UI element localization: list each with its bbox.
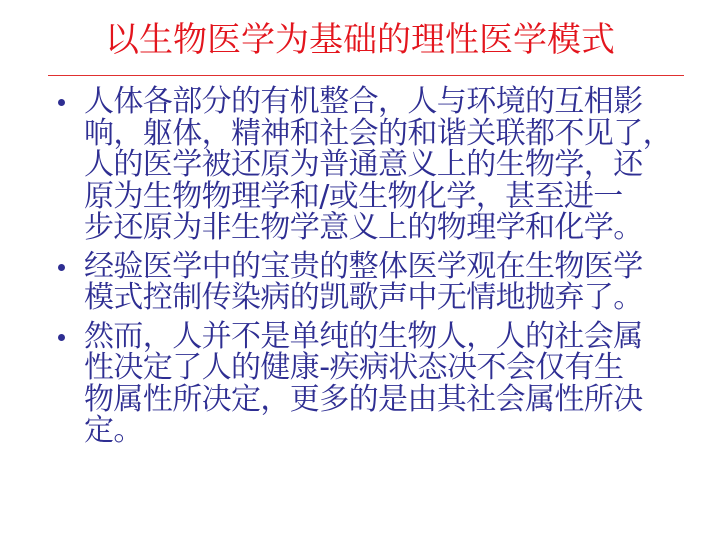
text-line: 响，躯体，精神和社会的和谐关联都不见了，: [84, 118, 712, 150]
text-line: 经验医学中的宝贵的整体医学观在生物医学: [84, 251, 712, 283]
text-line: 模式控制传染病的凯歌声中无情地抛弃了。: [84, 282, 712, 314]
bullet-item: 然而，人并不是单纯的生物人，人的社会属 性决定了人的健康-疾病状态决不会仅有生 …: [52, 321, 712, 447]
text-line: 原为生物物理学和/或生物化学，甚至进一: [84, 181, 712, 213]
text-line: 然而，人并不是单纯的生物人，人的社会属: [84, 321, 712, 353]
title-divider: [48, 75, 684, 76]
bullet-dot-icon: [58, 99, 65, 106]
bullet-text: 人体各部分的有机整合，人与环境的互相影 响，躯体，精神和社会的和谐关联都不见了，…: [84, 86, 712, 244]
text-line: 物属性所决定，更多的是由其社会属性所决: [84, 384, 712, 416]
text-line: 定。: [84, 415, 712, 447]
bullet-text: 经验医学中的宝贵的整体医学观在生物医学 模式控制传染病的凯歌声中无情地抛弃了。: [84, 251, 712, 314]
text-line: 步还原为非生物学意义上的物理学和化学。: [84, 212, 712, 244]
bullet-item: 人体各部分的有机整合，人与环境的互相影 响，躯体，精神和社会的和谐关联都不见了，…: [52, 86, 712, 244]
bullet-text: 然而，人并不是单纯的生物人，人的社会属 性决定了人的健康-疾病状态决不会仅有生 …: [84, 321, 712, 447]
text-line: 性决定了人的健康-疾病状态决不会仅有生: [84, 352, 712, 384]
slide-title: 以生物医学为基础的理性医学模式: [0, 18, 720, 62]
bullet-item: 经验医学中的宝贵的整体医学观在生物医学 模式控制传染病的凯歌声中无情地抛弃了。: [52, 251, 712, 314]
bullet-list: 人体各部分的有机整合，人与环境的互相影 响，躯体，精神和社会的和谐关联都不见了，…: [52, 86, 712, 454]
bullet-dot-icon: [58, 334, 65, 341]
text-line: 人的医学被还原为普通意义上的生物学，还: [84, 149, 712, 181]
bullet-dot-icon: [58, 264, 65, 271]
text-line: 人体各部分的有机整合，人与环境的互相影: [84, 86, 712, 118]
